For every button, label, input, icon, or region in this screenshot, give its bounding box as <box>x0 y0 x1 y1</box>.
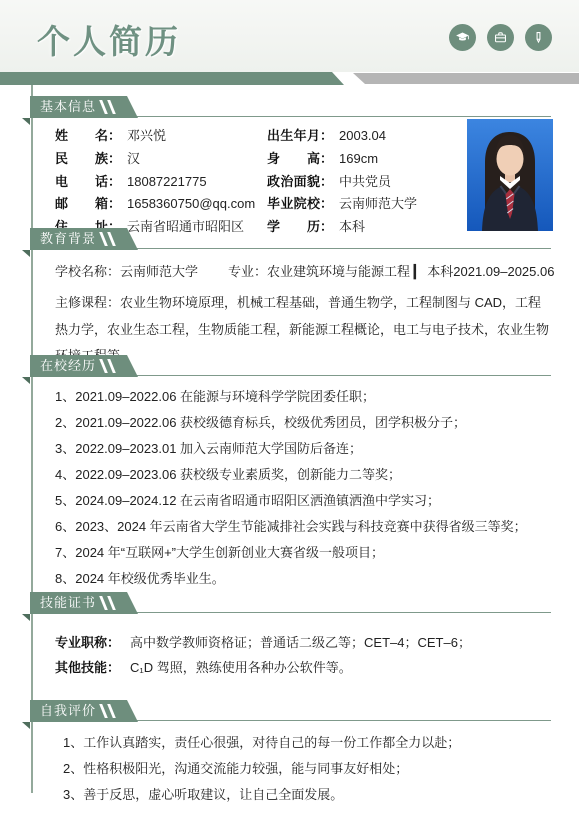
page-title: 个人简历 <box>37 16 181 63</box>
field-value: 邓兴悦 <box>127 125 166 148</box>
header-divider-bar <box>0 72 579 85</box>
experience-list: 1、2021.09–2022.06 在能源与环境科学学院团委任职； 2、2021… <box>55 384 549 592</box>
info-field-phone: 电话：18087221775 <box>55 171 267 194</box>
field-label: 身高 <box>267 148 320 171</box>
resume-page: 个人简历 基本信息 <box>0 0 579 815</box>
graduation-cap-icon <box>449 24 476 51</box>
experience-item: 6、2023、2024 年云南省大学生节能减排社会实践与科技竞赛中获得省级三等奖… <box>55 514 549 540</box>
pencil-icon <box>525 24 552 51</box>
education-school: 学校名称：云南师范大学 <box>55 263 198 281</box>
section-self-evaluation: 自我评价 1、工作认真踏实，责任心很强，对待自己的每一份工作都全力以赴； 2、性… <box>0 700 579 808</box>
field-colon: ： <box>108 148 121 171</box>
skills-content: 专业职称：高中数学教师资格证；普通话二级乙等；CET–4；CET–6； 其他技能… <box>0 592 579 680</box>
basic-info-right-column: 出生年月：2003.04 身高：169cm 政治面貌：中共党员 毕业院校：云南师… <box>267 125 467 239</box>
info-field-email: 邮箱：1658360750@qq.com <box>55 193 267 216</box>
experience-item: 5、2024.09–2024.12 在云南省昭通市昭阳区洒渔镇洒渔中学实习； <box>55 488 549 514</box>
field-value: 汉 <box>127 148 140 171</box>
field-value: 1658360750@qq.com <box>127 193 255 216</box>
field-label: 毕业院校 <box>267 193 320 216</box>
info-field-ethnicity: 民族：汉 <box>55 148 267 171</box>
section-campus-experience: 在校经历 1、2021.09–2022.06 在能源与环境科学学院团委任职； 2… <box>0 355 579 592</box>
evaluation-item: 1、工作认真踏实，责任心很强，对待自己的每一份工作都全力以赴； <box>63 730 549 756</box>
info-field-birthdate: 出生年月：2003.04 <box>267 125 467 148</box>
education-summary-row: 学校名称：云南师范大学 专业：农业建筑环境与能源工程 ▎ 本科 2021.09–… <box>55 263 549 281</box>
field-value: 169cm <box>339 148 378 171</box>
field-label: 邮箱 <box>55 193 108 216</box>
education-content: 学校名称：云南师范大学 专业：农业建筑环境与能源工程 ▎ 本科 2021.09–… <box>0 228 579 370</box>
skill-label: 专业职称 <box>55 630 107 655</box>
evaluation-item: 3、善于反思，虚心听取建议，让自己全面发展。 <box>63 782 549 808</box>
field-value: 中共党员 <box>339 171 391 194</box>
info-field-university: 毕业院校：云南师范大学 <box>267 193 467 216</box>
field-colon: ： <box>320 171 333 194</box>
field-label: 出生年月 <box>267 125 320 148</box>
experience-item: 4、2022.09–2023.06 获校级专业素质奖，创新能力二等奖； <box>55 462 549 488</box>
skill-row-certificates: 专业职称：高中数学教师资格证；普通话二级乙等；CET–4；CET–6； <box>55 630 549 655</box>
info-field-height: 身高：169cm <box>267 148 467 171</box>
section-education: 教育背景 学校名称：云南师范大学 专业：农业建筑环境与能源工程 ▎ 本科 202… <box>0 228 579 370</box>
section-skills-certificates: 技能证书 专业职称：高中数学教师资格证；普通话二级乙等；CET–4；CET–6；… <box>0 592 579 680</box>
header-icon-row <box>449 24 552 51</box>
evaluation-item: 2、性格积极阳光，沟通交流能力较强，能与同事友好相处； <box>63 756 549 782</box>
experience-item: 2、2021.09–2022.06 获校级德育标兵，校级优秀团员，团学积极分子； <box>55 410 549 436</box>
field-label: 姓名 <box>55 125 108 148</box>
field-colon: ： <box>320 125 333 148</box>
basic-info-left-column: 姓名：邓兴悦 民族：汉 电话：18087221775 邮箱：1658360750… <box>55 125 267 239</box>
field-label: 民族 <box>55 148 108 171</box>
section-basic-info: 基本信息 姓名：邓兴悦 民族：汉 电话：18087221775 <box>0 96 579 239</box>
field-label: 电话 <box>55 171 108 194</box>
briefcase-icon <box>487 24 514 51</box>
field-colon: ： <box>108 171 121 194</box>
evaluation-list: 1、工作认真踏实，责任心很强，对待自己的每一份工作都全力以赴； 2、性格积极阳光… <box>55 730 549 808</box>
field-colon: ： <box>108 193 121 216</box>
info-field-name: 姓名：邓兴悦 <box>55 125 267 148</box>
id-photo <box>467 119 553 231</box>
skill-row-other: 其他技能：C₁D 驾照，熟练使用各种办公软件等。 <box>55 655 549 680</box>
education-period: 2021.09–2025.06 <box>453 263 554 281</box>
evaluation-content: 1、工作认真踏实，责任心很强，对待自己的每一份工作都全力以赴； 2、性格积极阳光… <box>0 700 579 808</box>
education-major: 专业：农业建筑环境与能源工程 ▎ 本科 <box>228 263 453 281</box>
experience-content: 1、2021.09–2022.06 在能源与环境科学学院团委任职； 2、2021… <box>0 355 579 592</box>
field-value: 18087221775 <box>127 171 207 194</box>
basic-info-content: 姓名：邓兴悦 民族：汉 电话：18087221775 邮箱：1658360750… <box>0 96 579 239</box>
experience-item: 7、2024 年“互联网+”大学生创新创业大赛省级一般项目； <box>55 540 549 566</box>
skill-label: 其他技能 <box>55 655 107 680</box>
experience-item: 8、2024 年校级优秀毕业生。 <box>55 566 549 592</box>
experience-item: 3、2022.09–2023.01 加入云南师范大学国防后备连； <box>55 436 549 462</box>
info-field-political-status: 政治面貌：中共党员 <box>267 171 467 194</box>
field-colon: ： <box>320 148 333 171</box>
skill-value: C₁D 驾照，熟练使用各种办公软件等。 <box>130 655 352 680</box>
field-label: 政治面貌 <box>267 171 320 194</box>
field-colon: ： <box>108 125 121 148</box>
field-value: 云南师范大学 <box>339 193 417 216</box>
skill-colon: ： <box>107 655 120 680</box>
skill-colon: ： <box>107 630 120 655</box>
experience-item: 1、2021.09–2022.06 在能源与环境科学学院团委任职； <box>55 384 549 410</box>
skill-value: 高中数学教师资格证；普通话二级乙等；CET–4；CET–6； <box>130 630 471 655</box>
field-colon: ： <box>320 193 333 216</box>
page-header: 个人简历 <box>0 0 579 72</box>
field-value: 2003.04 <box>339 125 386 148</box>
